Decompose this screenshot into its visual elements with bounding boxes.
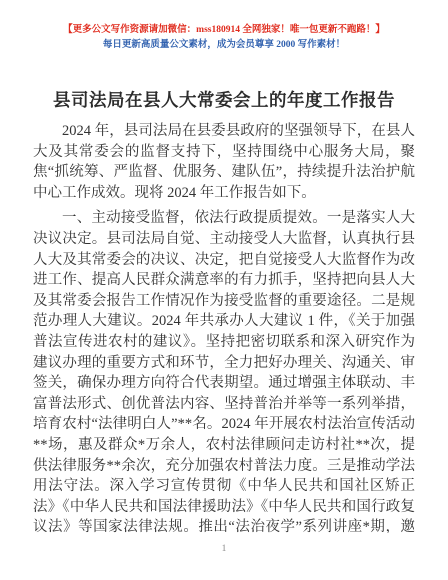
- document-body: 2024 年，县司法局在县委县政府的坚强领导下，在县人大及其常委会的监督支持下，…: [33, 121, 415, 533]
- page-number: 1: [0, 544, 448, 554]
- paragraph-intro: 2024 年，县司法局在县委县政府的坚强领导下，在县人大及其常委会的监督支持下，…: [33, 121, 415, 203]
- document-page: 【更多公文写作资源请加微信：mss180914 全网独家！唯一包更新不跑路！】 …: [0, 0, 448, 580]
- ad-banner: 【更多公文写作资源请加微信：mss180914 全网独家！唯一包更新不跑路！】 …: [0, 0, 448, 51]
- document-title: 县司法局在县人大常委会上的年度工作报告: [0, 87, 448, 112]
- ad-banner-line1: 【更多公文写作资源请加微信：mss180914 全网独家！唯一包更新不跑路！】: [0, 24, 448, 36]
- paragraph-section-one: 一、主动接受监督，依法行政提质提效。一是落实人大决议决定。县司法局自觉、主动接受…: [33, 208, 415, 533]
- ad-banner-line2: 每日更新高质量公文素材，成为会员尊享 2000 写作素材！: [0, 39, 448, 51]
